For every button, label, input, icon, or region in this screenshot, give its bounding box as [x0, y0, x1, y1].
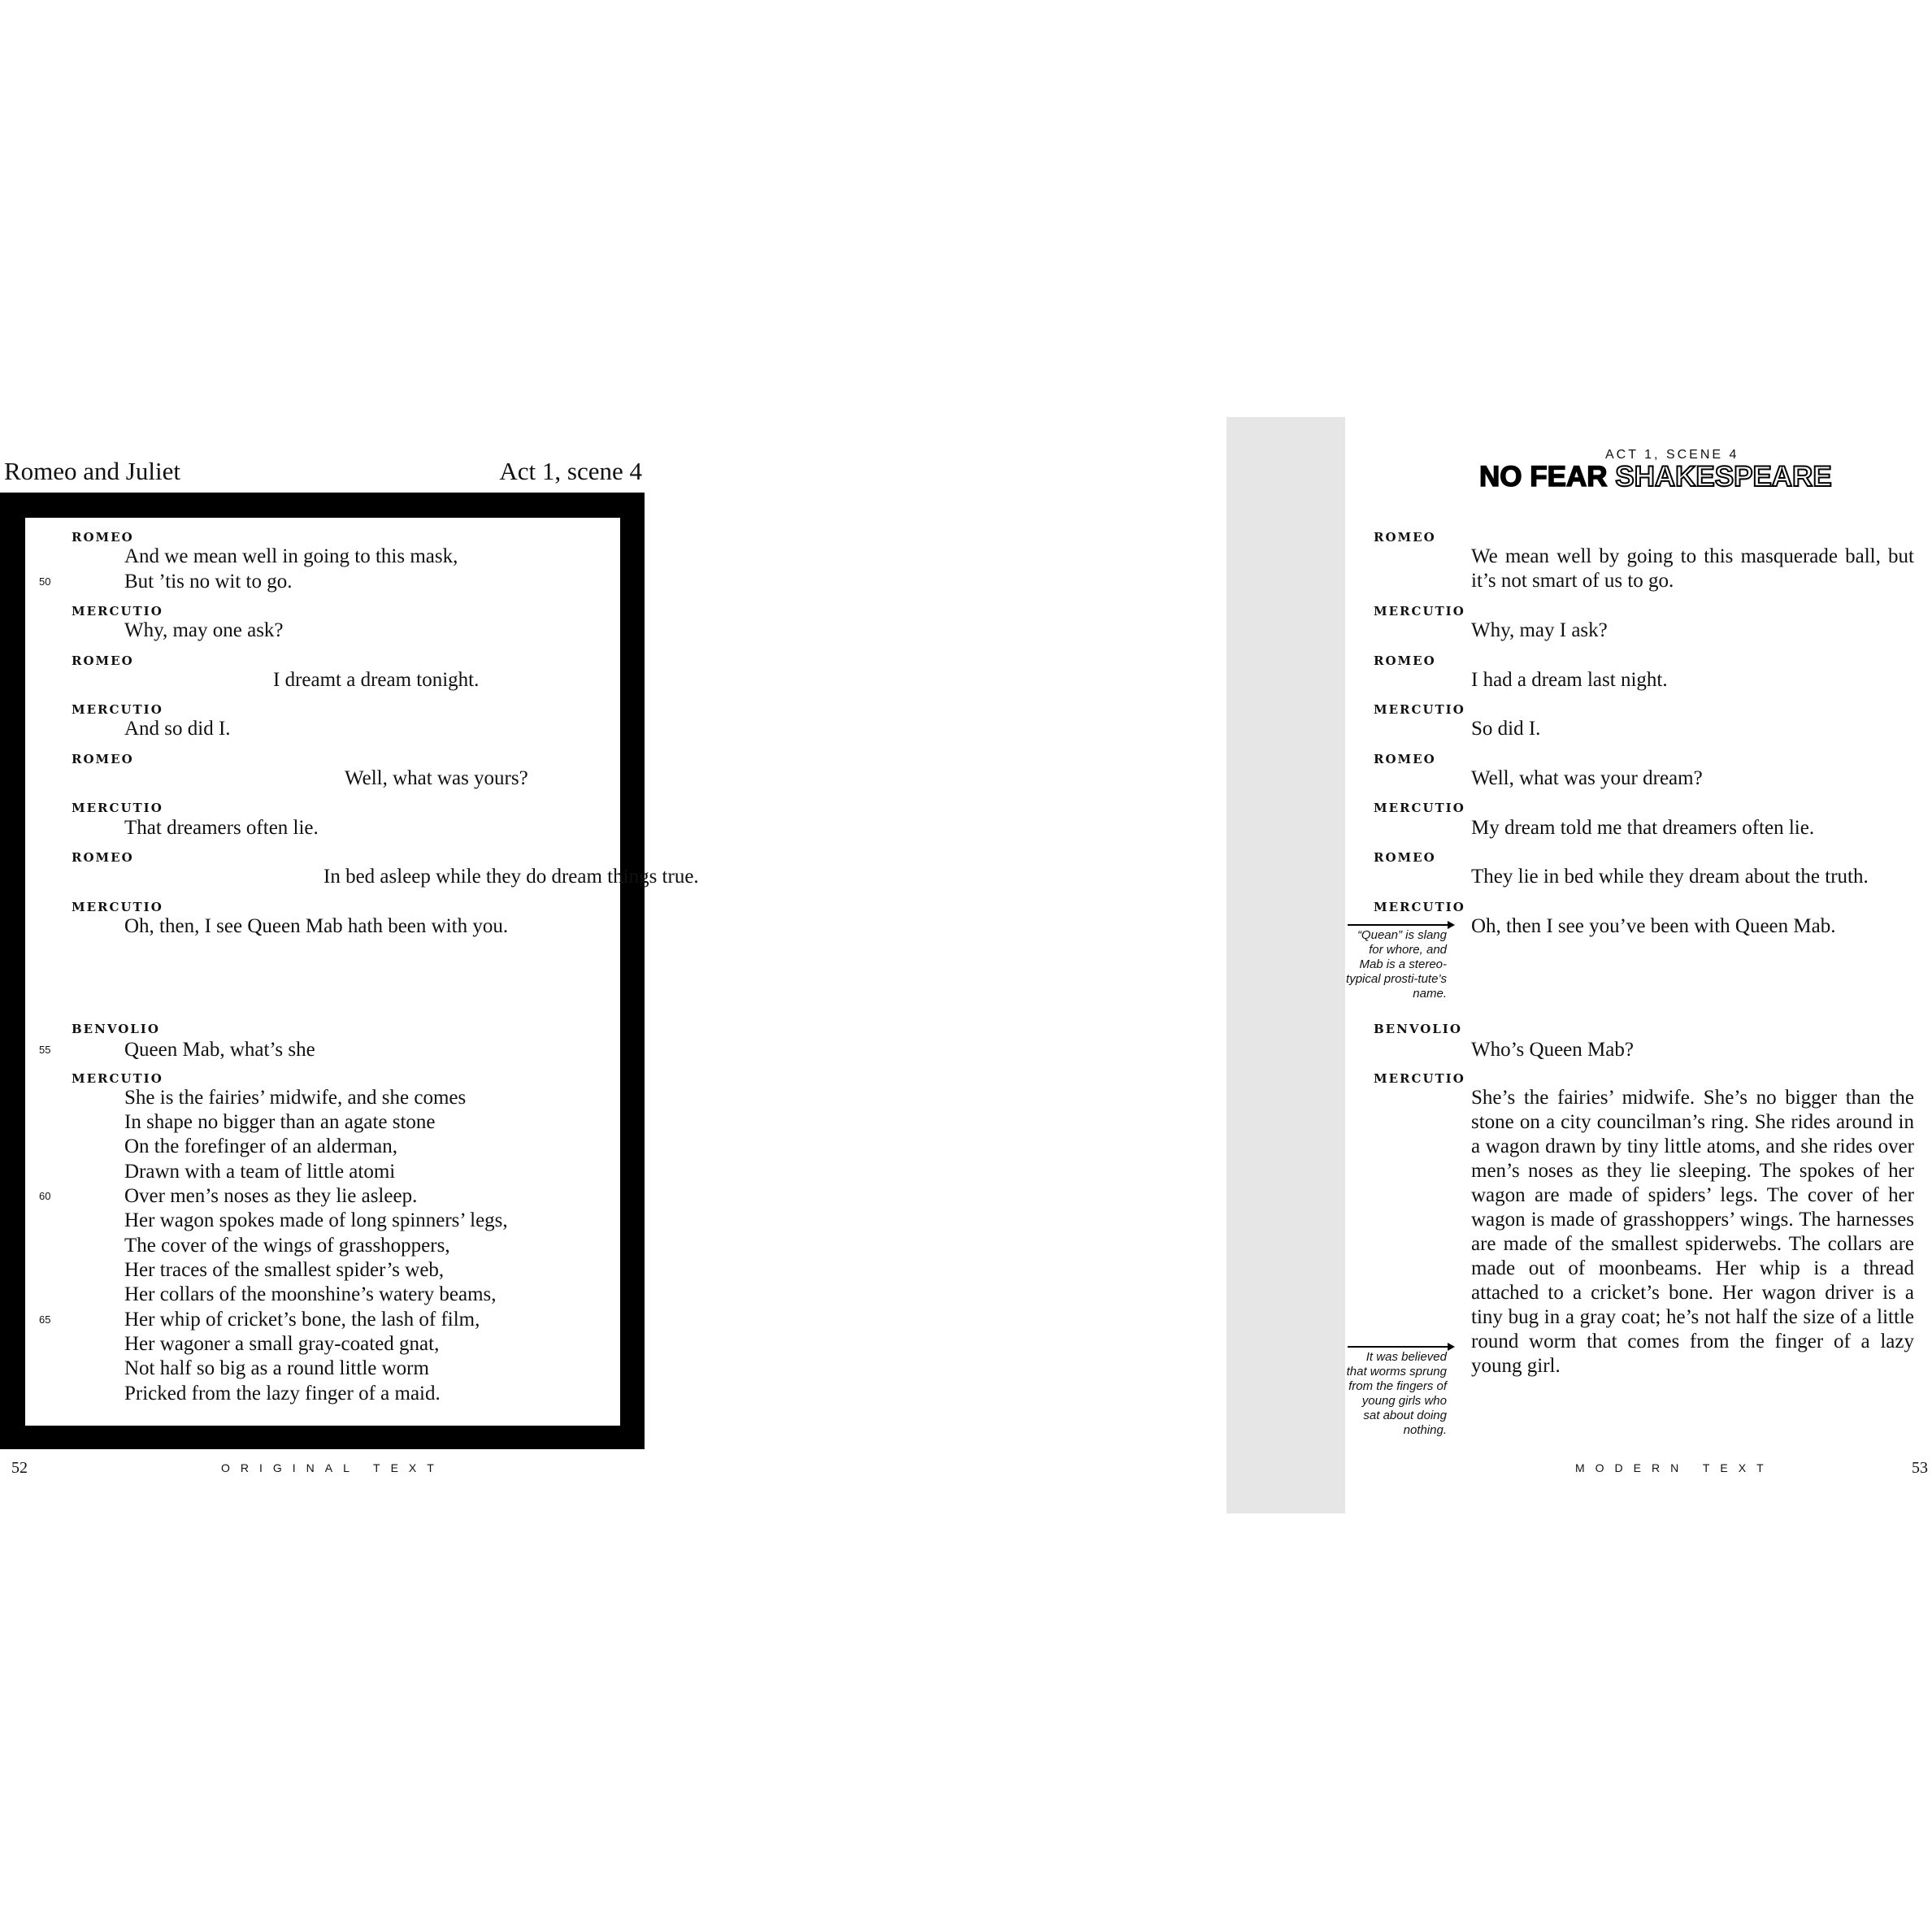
speaker-label: ROMEO — [72, 653, 134, 669]
verse-line: The cover of the wings of grasshoppers, — [124, 1234, 450, 1258]
speaker-label: MERCUTIO — [72, 899, 163, 915]
line-number: 65 — [39, 1312, 50, 1328]
verse-line: Her whip of cricket’s bone, the lash of … — [124, 1308, 480, 1332]
modern-text-paragraph: Who’s Queen Mab? — [1471, 1038, 1914, 1062]
verse-line: Queen Mab, what’s she — [124, 1038, 315, 1062]
logo-shakespeare: SHAKESPEARE — [1615, 461, 1831, 493]
speaker-label: ROMEO — [1374, 529, 1436, 545]
speaker-label: ROMEO — [1374, 653, 1436, 669]
speaker-label: ROMEO — [1374, 849, 1436, 866]
line-number: 50 — [39, 574, 50, 590]
modern-text-paragraph: Oh, then I see you’ve been with Queen Ma… — [1471, 914, 1914, 939]
speaker-label: MERCUTIO — [1374, 899, 1465, 915]
modern-text-paragraph: Why, may I ask? — [1471, 619, 1914, 643]
footer-original-text: ORIGINAL TEXT — [221, 1460, 445, 1476]
speaker-label: MERCUTIO — [1374, 603, 1465, 619]
sidenote-quean: “Quean” is slang for whore, and Mab is a… — [1343, 928, 1447, 1001]
verse-line: In bed asleep while they do dream things… — [323, 865, 699, 889]
verse-line: I dreamt a dream tonight. — [273, 668, 479, 692]
line-number: 60 — [39, 1188, 50, 1205]
page-number-left: 52 — [11, 1458, 28, 1478]
modern-text-paragraph: I had a dream last night. — [1471, 668, 1914, 692]
no-fear-shakespeare-logo: NO FEAR SHAKESPEARE — [1479, 461, 1832, 493]
speaker-label: ROMEO — [1374, 751, 1436, 767]
verse-line: Pricked from the lazy finger of a maid. — [124, 1382, 441, 1406]
modern-text-paragraph: Well, what was your dream? — [1471, 766, 1914, 791]
note-arrow-icon — [1348, 924, 1453, 926]
verse-line: Her wagon spokes made of long spinners’ … — [124, 1209, 508, 1233]
speaker-label: ROMEO — [72, 529, 134, 545]
speaker-label: MERCUTIO — [72, 603, 163, 619]
verse-line: Well, what was yours? — [345, 766, 528, 791]
verse-line: Her wagoner a small gray-coated gnat, — [124, 1332, 439, 1357]
speaker-label: MERCUTIO — [1374, 701, 1465, 718]
verse-line: That dreamers often lie. — [124, 816, 319, 840]
verse-line: And we mean well in going to this mask, — [124, 545, 458, 569]
speaker-label: MERCUTIO — [1374, 800, 1465, 816]
speaker-label: BENVOLIO — [1374, 1021, 1462, 1037]
verse-line: Not half so big as a round little worm — [124, 1357, 429, 1381]
footer-modern-text: MODERN TEXT — [1575, 1460, 1774, 1476]
verse-line: On the forefinger of an alderman, — [124, 1135, 397, 1159]
verse-line: Over men’s noses as they lie asleep. — [124, 1184, 417, 1209]
verse-line: In shape no bigger than an agate stone — [124, 1110, 436, 1135]
speaker-label: ROMEO — [72, 849, 134, 866]
modern-text-paragraph: So did I. — [1471, 717, 1914, 741]
modern-text-paragraph: She’s the fairies’ midwife. She’s no big… — [1471, 1086, 1914, 1378]
speaker-label: ROMEO — [72, 751, 134, 767]
sidenote-worms: It was believed that worms sprung from t… — [1343, 1350, 1447, 1438]
verse-line: Oh, then, I see Queen Mab hath been with… — [124, 914, 508, 939]
verse-line: Drawn with a team of little atomi — [124, 1160, 395, 1184]
verse-line: And so did I. — [124, 717, 231, 741]
note-arrow-icon — [1348, 1346, 1453, 1348]
speaker-label: BENVOLIO — [72, 1021, 160, 1037]
logo-no-fear: NO FEAR — [1479, 461, 1608, 493]
speaker-label: MERCUTIO — [1374, 1070, 1465, 1087]
verse-line: Her collars of the moonshine’s watery be… — [124, 1283, 497, 1307]
verse-line: But ’tis no wit to go. — [124, 570, 293, 594]
modern-text-paragraph: My dream told me that dreamers often lie… — [1471, 816, 1914, 840]
page-number-right: 53 — [1912, 1458, 1928, 1478]
verse-line: Her traces of the smallest spider’s web, — [124, 1258, 444, 1283]
verse-line: Why, may one ask? — [124, 619, 284, 643]
page-gutter-bar — [1226, 417, 1345, 1513]
speaker-label: MERCUTIO — [72, 800, 163, 816]
verse-line: She is the fairies’ midwife, and she com… — [124, 1086, 466, 1110]
speaker-label: MERCUTIO — [72, 1070, 163, 1087]
modern-text-paragraph: They lie in bed while they dream about t… — [1471, 865, 1914, 889]
book-title: Romeo and Juliet — [4, 457, 180, 486]
line-number: 55 — [39, 1042, 50, 1058]
modern-text-paragraph: We mean well by going to this masquerade… — [1471, 545, 1914, 593]
speaker-label: MERCUTIO — [72, 701, 163, 718]
scene-heading: Act 1, scene 4 — [499, 457, 642, 486]
